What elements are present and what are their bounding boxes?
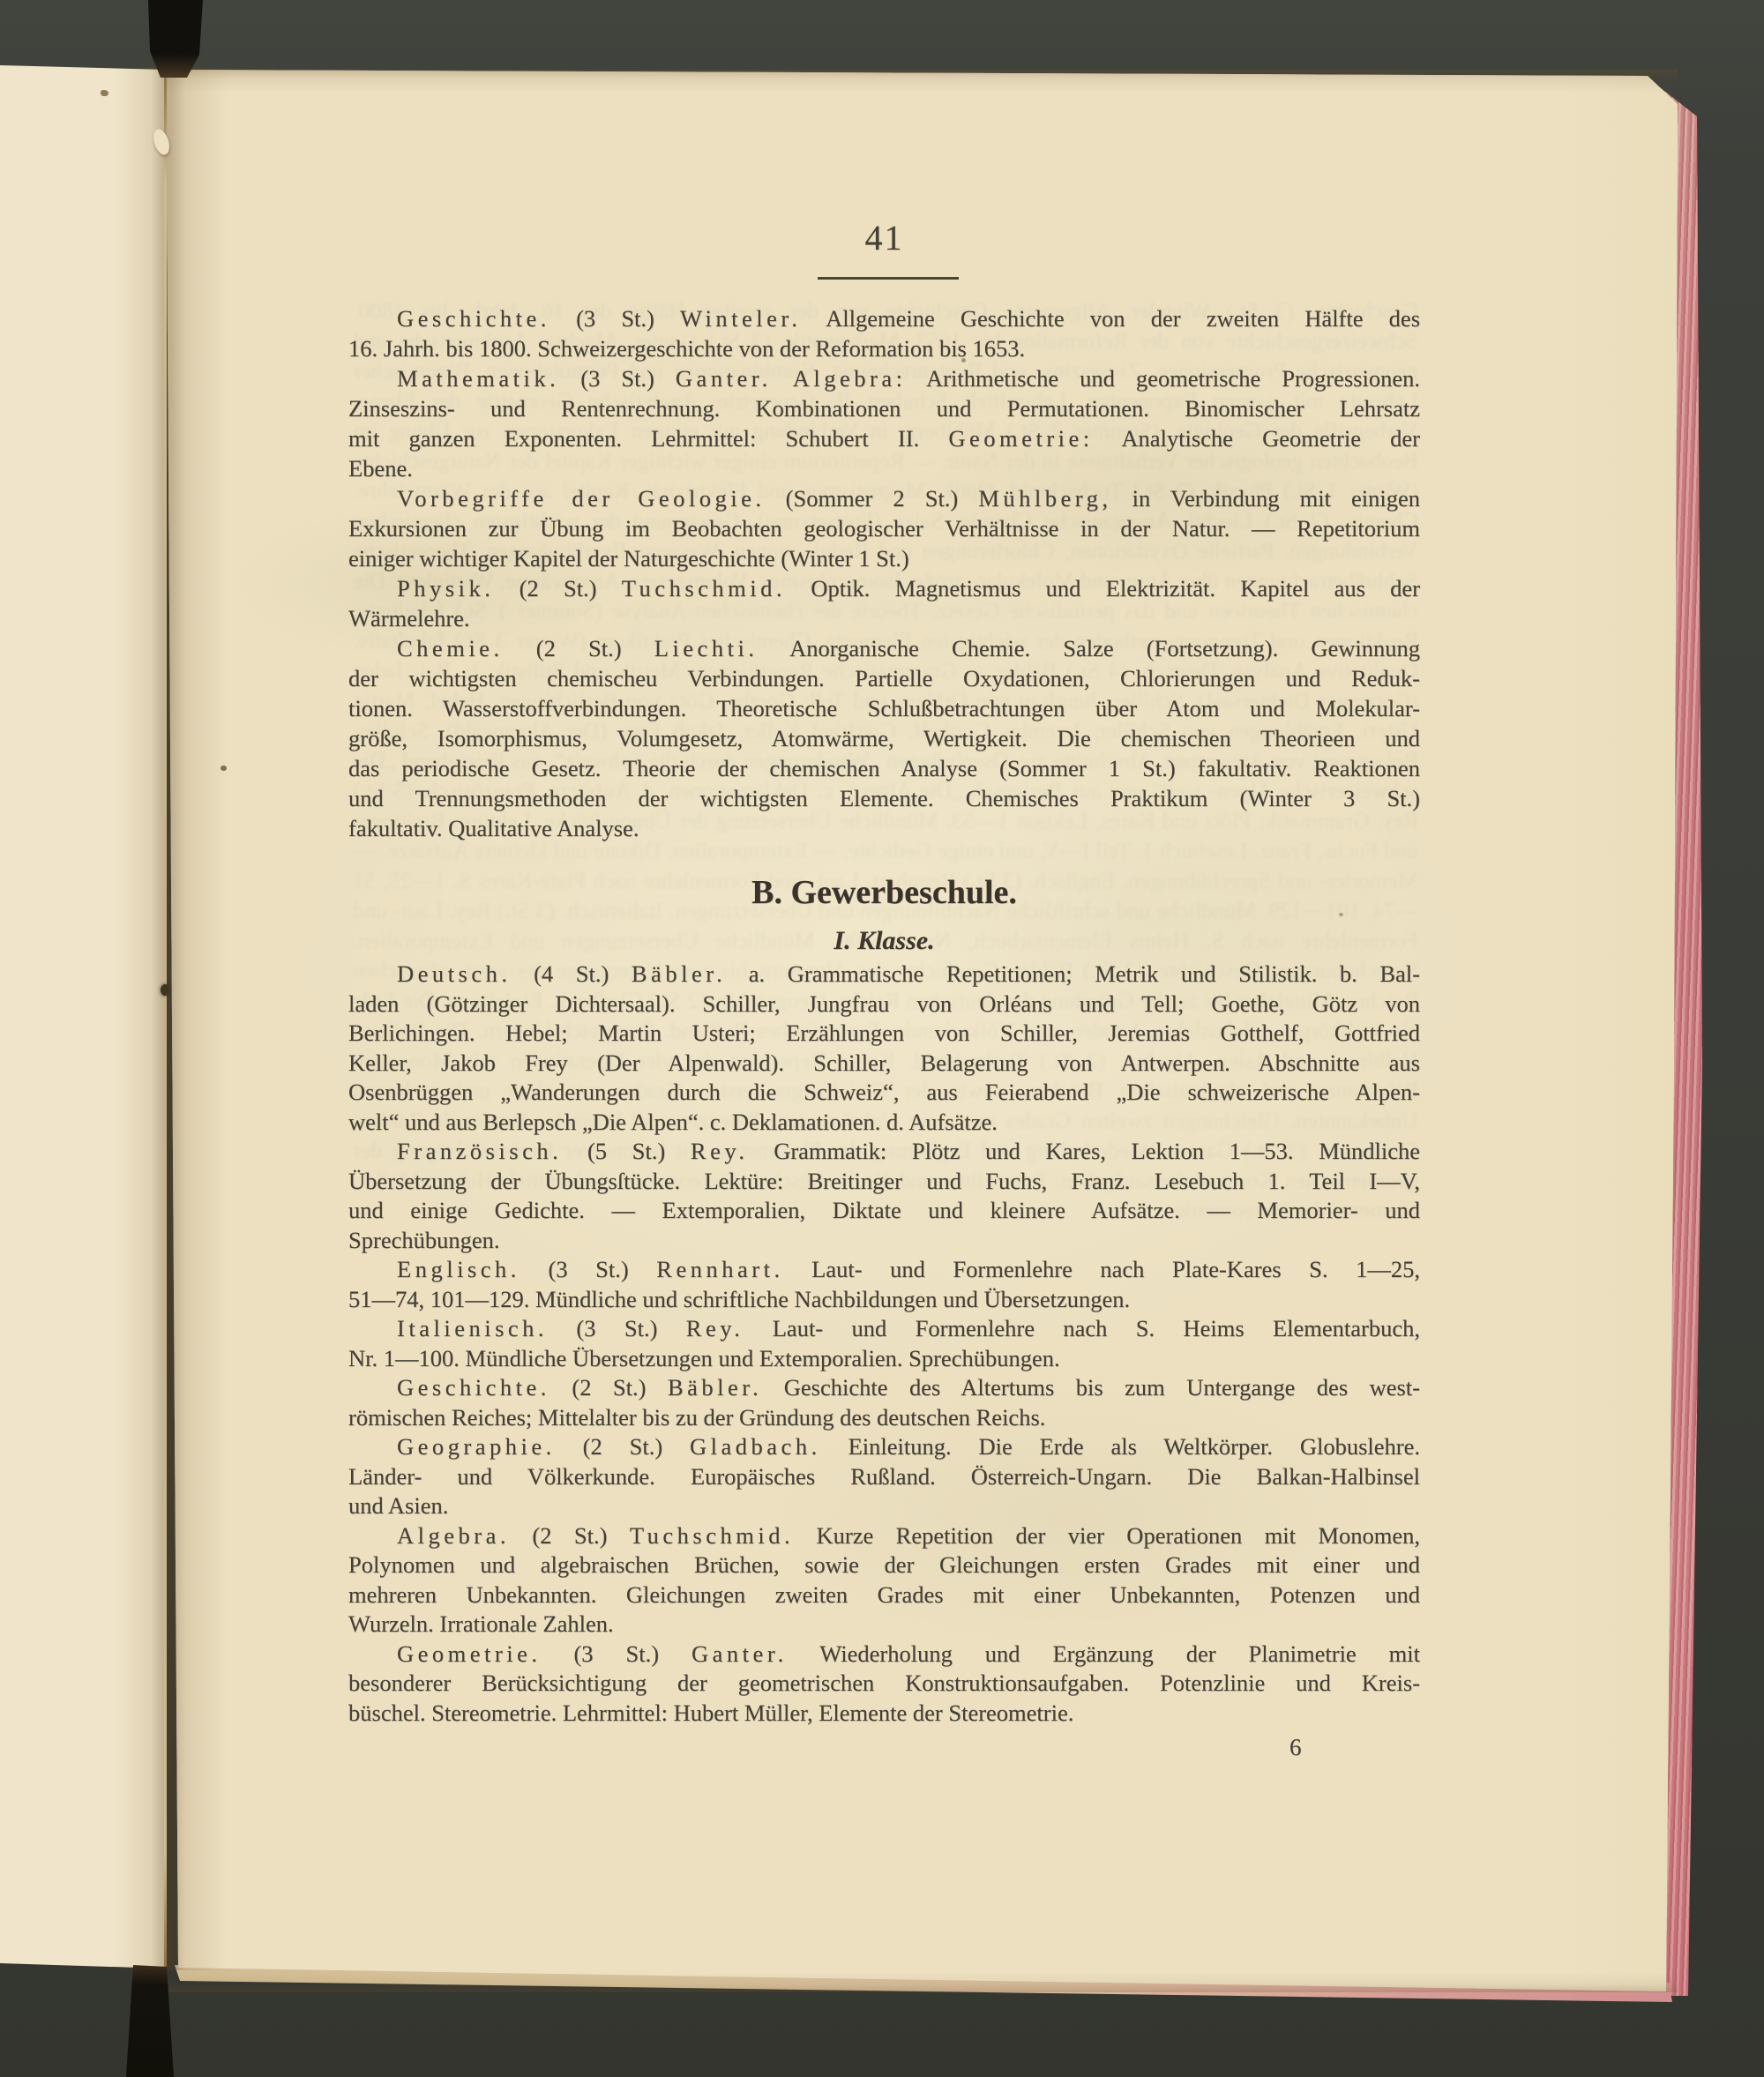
text-segment: (2 St.) xyxy=(556,1433,690,1460)
paper-speck xyxy=(961,358,966,362)
text-segment: (3 St.) xyxy=(520,1256,656,1282)
text-segment: besonderer Berücksichtigung der geometri… xyxy=(348,1670,1420,1696)
letterspaced-term: Geometrie. xyxy=(397,1640,542,1667)
text-line: Ebene. xyxy=(348,453,1420,483)
text-segment: und einige Gedichte. — Extemporalien, Di… xyxy=(348,1197,1420,1223)
letterspaced-term: Physik. xyxy=(397,575,494,601)
text-segment: (2 St.) xyxy=(510,1522,630,1549)
text-segment: Zinseszins- und Rentenrechnung. Kombinat… xyxy=(348,395,1420,422)
text-segment: Geschichte des Altertums bis zum Unterga… xyxy=(762,1374,1420,1401)
letterspaced-term: Deutsch. xyxy=(397,960,512,987)
text-line: Keller, Jakob Frey (Der Alpenwald). Schi… xyxy=(348,1049,1420,1079)
text-line: tionen. Wasserstoffverbindungen. Theoret… xyxy=(348,693,1420,723)
letterspaced-term: Mathematik. xyxy=(397,365,559,392)
section-a-paragraphs: Geschichte. (3 St.) Winteler. Allgemeine… xyxy=(348,303,1420,843)
text-segment: Laut- und Formenlehre nach S. Heims Elem… xyxy=(744,1315,1420,1341)
text-line: Osenbrüggen „Wanderungen durch die Schwe… xyxy=(348,1078,1420,1108)
section-b-paragraphs: Deutsch. (4 St.) Bäbler. a. Grammatische… xyxy=(348,960,1420,1728)
letterspaced-term: Bäbler. xyxy=(632,960,726,987)
text-segment: Grammatik: Plötz und Kares, Lektion 1—53… xyxy=(749,1138,1420,1164)
text-line: das periodische Gesetz. Theorie der chem… xyxy=(348,753,1420,783)
paper-speck xyxy=(1339,913,1343,916)
text-segment: (2 St.) xyxy=(494,575,621,601)
text-line: Übersetzung der Übungsſtücke. Lektüre: B… xyxy=(348,1167,1420,1197)
text-segment: büschel. Stereometrie. Lehrmittel: Huber… xyxy=(348,1700,1073,1726)
text-segment: Ebene. xyxy=(348,455,413,482)
text-line: Englisch. (3 St.) Rennhart. Laut- und Fo… xyxy=(348,1255,1420,1285)
text-line: Länder- und Völkerkunde. Europäisches Ru… xyxy=(348,1462,1420,1492)
binding-hole xyxy=(161,984,169,996)
text-line: einiger wichtiger Kapitel der Naturgesch… xyxy=(348,543,1420,573)
text-line: Algebra. (2 St.) Tuchschmid. Kurze Repet… xyxy=(348,1521,1420,1551)
text-segment: mit ganzen Exponenten. Lehrmittel: Schub… xyxy=(348,425,948,452)
text-line: fakultativ. Qualitative Analyse. xyxy=(348,813,1420,843)
text-segment: fakultativ. Qualitative Analyse. xyxy=(348,815,639,841)
page-number-rule xyxy=(818,277,959,280)
text-segment: (2 St.) xyxy=(550,1374,668,1401)
text-segment: tionen. Wasserstoffverbindungen. Theoret… xyxy=(348,695,1420,721)
text-segment: (2 St.) xyxy=(504,635,654,661)
text-line: Chemie. (2 St.) Liechti. Anorganische Ch… xyxy=(348,633,1420,663)
text-segment: größe, Isomorphismus, Volumgesetz, Atomw… xyxy=(348,725,1420,751)
text-segment: Übersetzung der Übungsſtücke. Lektüre: B… xyxy=(348,1168,1420,1194)
text-segment: (3 St.) xyxy=(550,305,680,332)
text-segment: mehreren Unbekannten. Gleichungen zweite… xyxy=(348,1581,1420,1608)
letterspaced-term: Englisch. xyxy=(397,1256,520,1282)
text-segment: Wiederholung und Ergänzung der Planimetr… xyxy=(788,1640,1420,1667)
letterspaced-term: Tuchschmid. xyxy=(622,575,786,601)
letterspaced-term: Winteler. xyxy=(680,305,801,332)
letterspaced-term: Algebra: xyxy=(793,365,907,392)
letterspaced-term: Mühlberg, xyxy=(978,485,1111,512)
text-segment: Analytische Geometrie der xyxy=(1094,425,1420,452)
spine-band-bottom xyxy=(126,1965,174,2077)
text-line: Polynomen und algebraischen Brüchen, sow… xyxy=(348,1550,1420,1580)
text-segment: Polynomen und algebraischen Brüchen, sow… xyxy=(348,1551,1420,1578)
letterspaced-term: Französisch. xyxy=(397,1138,562,1164)
paper-speck xyxy=(101,90,108,96)
text-segment: 51—74, 101—129. Mündliche und schriftlic… xyxy=(348,1286,1130,1312)
text-line: welt“ und aus Berlepsch „Die Alpen“. c. … xyxy=(348,1108,1420,1138)
text-line: besonderer Berücksichtigung der geometri… xyxy=(348,1669,1420,1699)
text-segment: (3 St.) xyxy=(548,1315,686,1341)
text-segment: Wurzeln. Irrationale Zahlen. xyxy=(348,1610,614,1637)
letterspaced-term: Geschichte. xyxy=(397,305,550,332)
text-line: büschel. Stereometrie. Lehrmittel: Huber… xyxy=(348,1699,1420,1729)
letterspaced-term: Bäbler. xyxy=(668,1374,762,1401)
letterspaced-term: Liechti. xyxy=(654,635,759,661)
text-segment: der wichtigsten chemischeu Verbindungen.… xyxy=(348,665,1420,691)
letterspaced-term: Italienisch. xyxy=(397,1315,548,1341)
text-segment: laden (Götzinger Dichtersaal). Schiller,… xyxy=(348,990,1420,1017)
text-segment: Keller, Jakob Frey (Der Alpenwald). Schi… xyxy=(348,1050,1420,1076)
letterspaced-term: Rey. xyxy=(691,1138,749,1164)
letterspaced-term: Vorbegriffe der Geologie. xyxy=(397,485,766,512)
text-segment: welt“ und aus Berlepsch „Die Alpen“. c. … xyxy=(348,1109,998,1135)
letterspaced-term: Geographie. xyxy=(397,1433,556,1460)
text-line: und Trennungsmethoden der wichtigsten El… xyxy=(348,783,1420,813)
text-segment: Wärmelehre. xyxy=(348,605,470,631)
letterspaced-term: Chemie. xyxy=(397,635,504,661)
text-line: Deutsch. (4 St.) Bäbler. a. Grammatische… xyxy=(348,960,1420,990)
text-segment: Optik. Magnetismus und Elektrizität. Kap… xyxy=(786,575,1420,601)
page-41: Geschichte. (3 St.) Winteler. Allgemeine… xyxy=(0,0,1764,2077)
letterspaced-term: Ganter. xyxy=(676,365,772,392)
text-segment: Exkursionen zur Übung im Beobachten geol… xyxy=(348,515,1420,542)
text-line: Physik. (2 St.) Tuchschmid. Optik. Magne… xyxy=(348,573,1420,603)
letterspaced-term: Geschichte. xyxy=(397,1374,550,1401)
paper-speck xyxy=(220,766,227,771)
text-segment: (3 St.) xyxy=(542,1640,692,1667)
letterspaced-term: Rey. xyxy=(686,1315,744,1341)
text-line: Wurzeln. Irrationale Zahlen. xyxy=(348,1610,1420,1640)
text-segment: a. Grammatische Repetitionen; Metrik und… xyxy=(726,960,1420,987)
letterspaced-term: Tuchschmid. xyxy=(630,1522,794,1549)
text-line: Geometrie. (3 St.) Ganter. Wiederholung … xyxy=(348,1640,1420,1670)
text-line: Exkursionen zur Übung im Beobachten geol… xyxy=(348,513,1420,543)
text-segment: Arithmetische und geometrische Progressi… xyxy=(906,365,1420,392)
text-segment: (5 St.) xyxy=(562,1138,691,1164)
text-line: Geschichte. (2 St.) Bäbler. Geschichte d… xyxy=(348,1373,1420,1403)
text-segment: das periodische Gesetz. Theorie der chem… xyxy=(348,755,1420,781)
text-segment: Sprechübungen. xyxy=(348,1227,499,1253)
text-segment: Berlichingen. Hebel; Martin Usteri; Erzä… xyxy=(348,1020,1420,1046)
text-line: Italienisch. (3 St.) Rey. Laut- und Form… xyxy=(348,1314,1420,1344)
text-line: Berlichingen. Hebel; Martin Usteri; Erzä… xyxy=(348,1019,1420,1049)
text-line: 16. Jahrh. bis 1800. Schweizergeschichte… xyxy=(348,333,1420,363)
letterspaced-term: Algebra. xyxy=(397,1522,510,1549)
text-segment: einiger wichtiger Kapitel der Naturgesch… xyxy=(348,545,909,572)
text-line: und Asien. xyxy=(348,1491,1420,1521)
text-line: Sprechübungen. xyxy=(348,1226,1420,1256)
text-segment: (Sommer 2 St.) xyxy=(766,485,979,512)
text-segment: Nr. 1—100. Mündliche Übersetzungen und E… xyxy=(348,1345,1060,1371)
text-segment: (3 St.) xyxy=(559,365,676,392)
letterspaced-term: Ganter. xyxy=(691,1640,788,1667)
text-line: Geschichte. (3 St.) Winteler. Allgemeine… xyxy=(348,303,1420,333)
text-segment: Anorganische Chemie. Salze (Fortsetzung)… xyxy=(758,635,1420,661)
text-segment xyxy=(772,365,793,392)
text-line: Geographie. (2 St.) Gladbach. Einleitung… xyxy=(348,1432,1420,1462)
text-line: Nr. 1—100. Mündliche Übersetzungen und E… xyxy=(348,1344,1420,1374)
text-line: Vorbegriffe der Geologie. (Sommer 2 St.)… xyxy=(348,483,1420,513)
text-segment: und Asien. xyxy=(348,1492,448,1519)
text-line: Zinseszins- und Rentenrechnung. Kombinat… xyxy=(348,393,1420,423)
gutter-crease xyxy=(164,69,167,1969)
scanned-book-page: Geschichte. (3 St.) Winteler. Allgemeine… xyxy=(0,0,1764,2077)
text-segment: (4 St.) xyxy=(512,960,632,987)
text-segment: und Trennungsmethoden der wichtigsten El… xyxy=(348,785,1420,811)
page-number: 41 xyxy=(348,217,1420,258)
text-segment: Einleitung. Die Erde als Weltkörper. Glo… xyxy=(821,1433,1420,1460)
text-line: Mathematik. (3 St.) Ganter. Algebra: Ari… xyxy=(348,363,1420,393)
signature-mark: 6 xyxy=(1289,1734,1302,1761)
text-line: Französisch. (5 St.) Rey. Grammatik: Plö… xyxy=(348,1137,1420,1167)
class-subheading: I. Klasse. xyxy=(348,926,1420,956)
text-line: mit ganzen Exponenten. Lehrmittel: Schub… xyxy=(348,423,1420,453)
text-line: größe, Isomorphismus, Volumgesetz, Atomw… xyxy=(348,723,1420,753)
text-line: römischen Reiches; Mittelalter bis zu de… xyxy=(348,1403,1420,1433)
text-segment: Allgemeine Geschichte von der zweiten Hä… xyxy=(801,305,1420,332)
text-line: der wichtigsten chemischeu Verbindungen.… xyxy=(348,663,1420,693)
text-line: und einige Gedichte. — Extemporalien, Di… xyxy=(348,1196,1420,1226)
text-segment: Osenbrüggen „Wanderungen durch die Schwe… xyxy=(348,1079,1420,1105)
text-segment: Laut- und Formenlehre nach Plate-Kares S… xyxy=(784,1256,1420,1282)
text-segment: Länder- und Völkerkunde. Europäisches Ru… xyxy=(348,1463,1420,1490)
text-line: 51—74, 101—129. Mündliche und schriftlic… xyxy=(348,1285,1420,1315)
text-segment: 16. Jahrh. bis 1800. Schweizergeschichte… xyxy=(348,335,1025,362)
section-heading: B. Gewerbeschule. xyxy=(348,873,1420,912)
letterspaced-term: Geometrie: xyxy=(948,425,1093,452)
letterspaced-term: Rennhart. xyxy=(656,1256,783,1282)
text-line: Wärmelehre. xyxy=(348,603,1420,633)
text-segment: Kurze Repetition der vier Operationen mi… xyxy=(794,1522,1420,1549)
text-line: mehreren Unbekannten. Gleichungen zweite… xyxy=(348,1580,1420,1610)
text-line: laden (Götzinger Dichtersaal). Schiller,… xyxy=(348,990,1420,1020)
letterspaced-term: Gladbach. xyxy=(690,1433,821,1460)
text-segment: in Verbindung mit einigen xyxy=(1112,485,1420,512)
text-segment: römischen Reiches; Mittelalter bis zu de… xyxy=(348,1404,1045,1431)
